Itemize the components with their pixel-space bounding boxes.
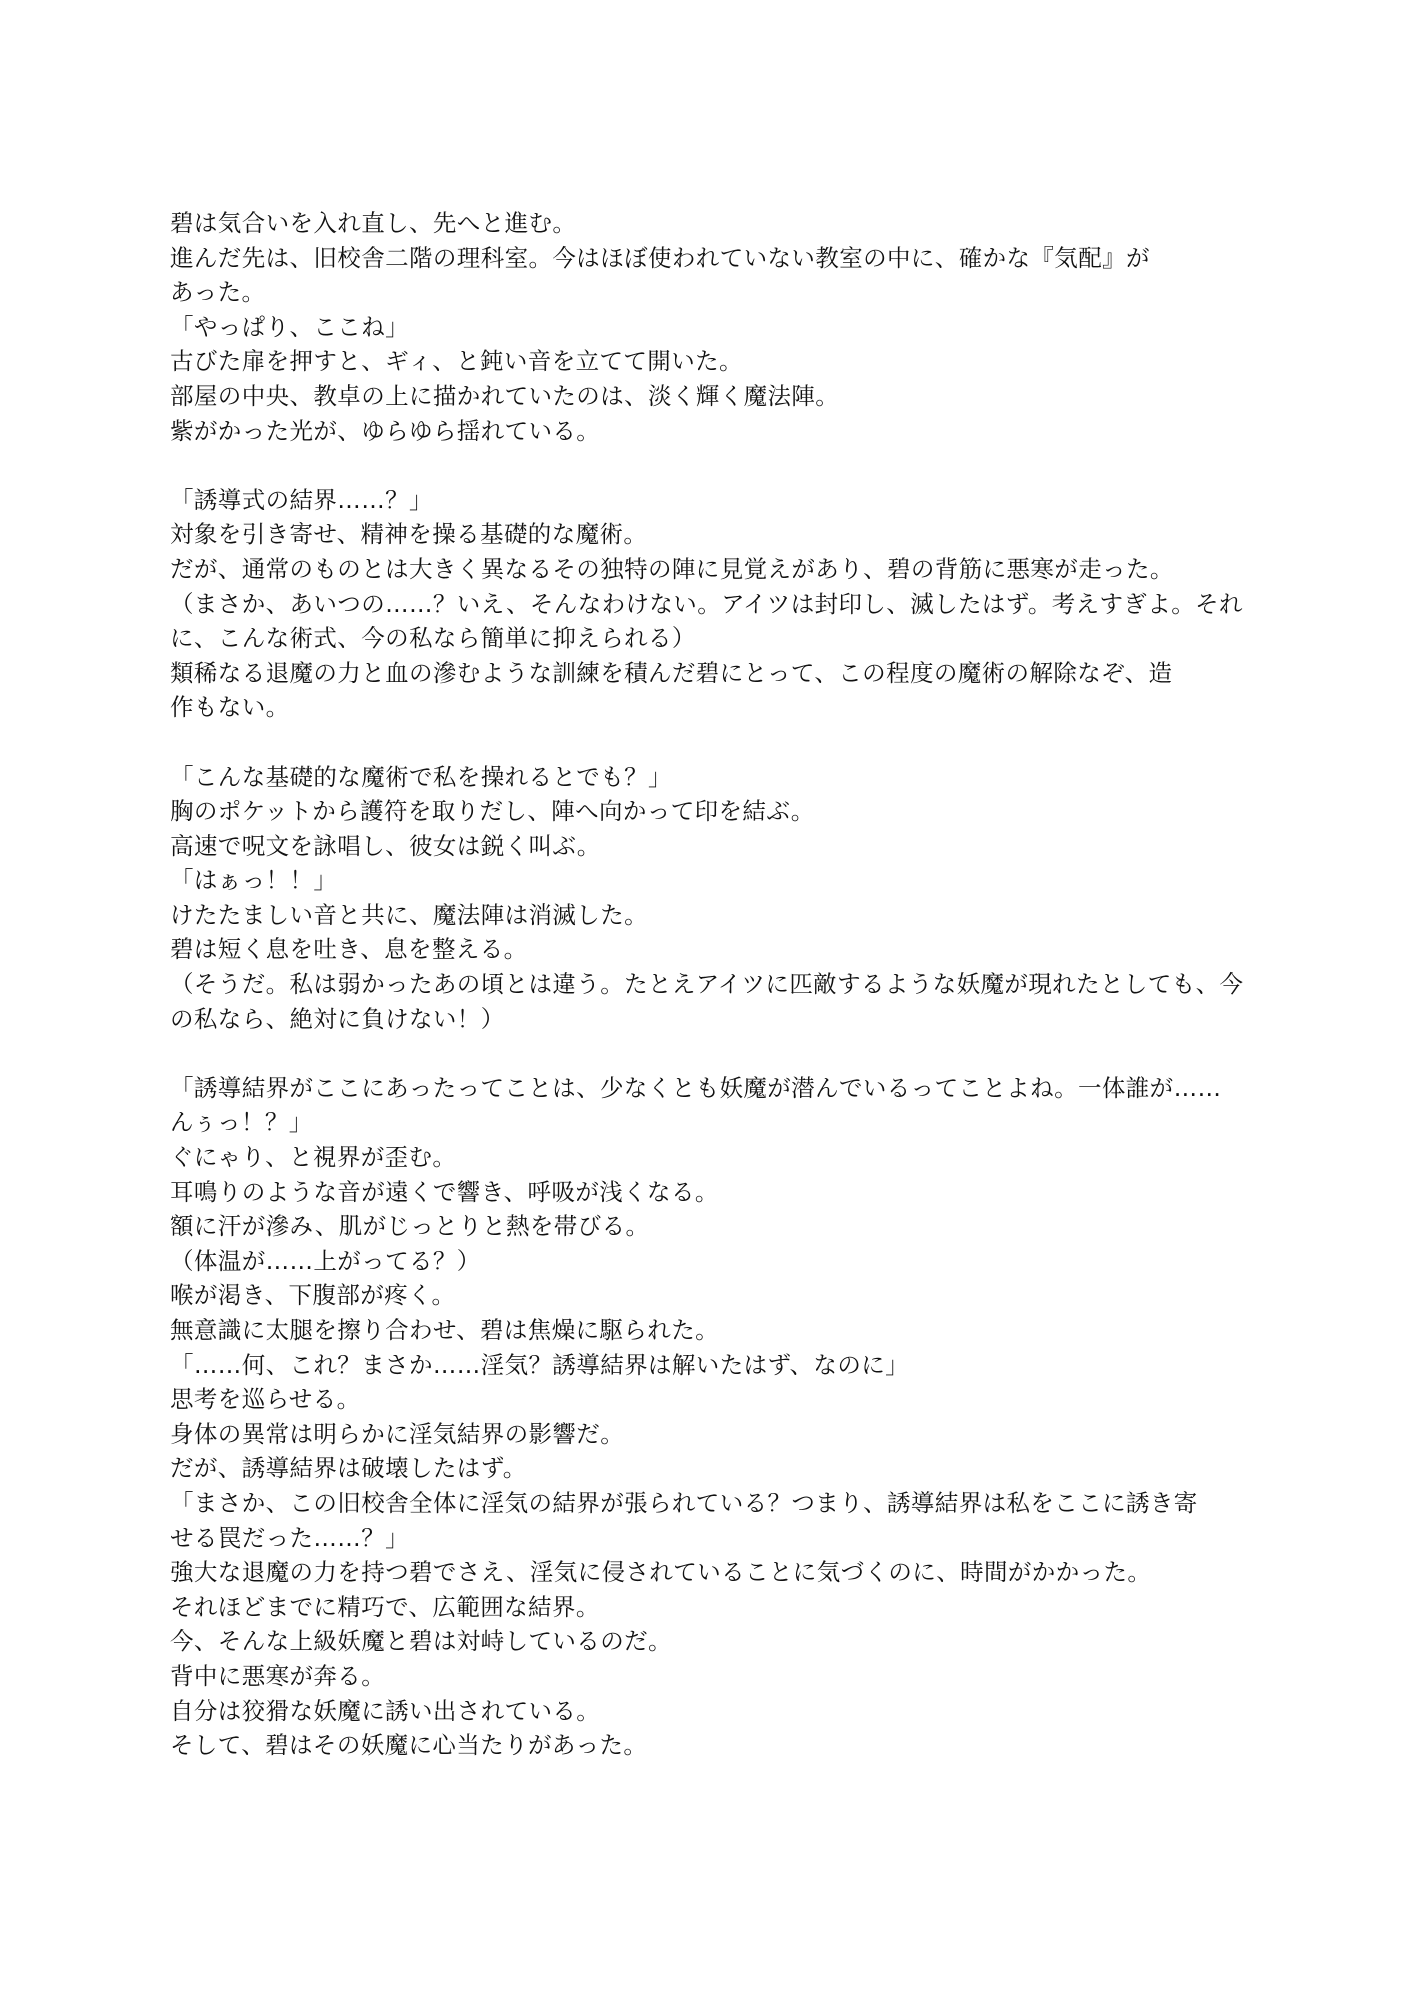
text-line: 「……何、これ？まさか……淫気？誘導結界は解いたはず、なのに」	[170, 1348, 1250, 1383]
text-line: 背中に悪寒が奔る。	[170, 1659, 1250, 1694]
text-line: だが、誘導結界は破壊したはず。	[170, 1451, 1250, 1486]
text-line: ぐにゃり、と視界が歪む。	[170, 1140, 1250, 1175]
text-line: それほどまでに精巧で、広範囲な結界。	[170, 1590, 1250, 1625]
text-line: （体温が……上がってる？）	[170, 1244, 1250, 1279]
text-line: 古びた扉を押すと、ギィ、と鈍い音を立てて開いた。	[170, 344, 1250, 379]
text-line: の私なら、絶対に負けない！）	[170, 1002, 1250, 1037]
text-line: 喉が渇き、下腹部が疼く。	[170, 1278, 1250, 1313]
paragraph-spacer	[170, 1036, 1250, 1071]
text-line: 「こんな基礎的な魔術で私を操れるとでも？」	[170, 760, 1250, 795]
text-line: 碧は気合いを入れ直し、先へと進む。	[170, 206, 1250, 241]
text-line: 額に汗が滲み、肌がじっとりと熱を帯びる。	[170, 1209, 1250, 1244]
paragraph-3: 「こんな基礎的な魔術で私を操れるとでも？」 胸のポケットから護符を取りだし、陣へ…	[170, 760, 1250, 1037]
text-line: そして、碧はその妖魔に心当たりがあった。	[170, 1728, 1250, 1763]
text-line: 「はぁっ！！」	[170, 863, 1250, 898]
paragraph-spacer	[170, 725, 1250, 760]
text-line: 自分は狡猾な妖魔に誘い出されている。	[170, 1694, 1250, 1729]
text-line: に、こんな術式、今の私なら簡単に抑えられる）	[170, 621, 1250, 656]
text-line: 身体の異常は明らかに淫気結界の影響だ。	[170, 1417, 1250, 1452]
text-line: せる罠だった……？」	[170, 1521, 1250, 1556]
paragraph-4: 「誘導結界がここにあったってことは、少なくとも妖魔が潜んでいるってことよね。一体…	[170, 1071, 1250, 1763]
text-line: 強大な退魔の力を持つ碧でさえ、淫気に侵されていることに気づくのに、時間がかかった…	[170, 1555, 1250, 1590]
text-line: 思考を巡らせる。	[170, 1382, 1250, 1417]
text-line: 胸のポケットから護符を取りだし、陣へ向かって印を結ぶ。	[170, 794, 1250, 829]
text-line: 紫がかった光が、ゆらゆら揺れている。	[170, 414, 1250, 449]
text-line: けたたましい音と共に、魔法陣は消滅した。	[170, 898, 1250, 933]
text-line: だが、通常のものとは大きく異なるその独特の陣に見覚えがあり、碧の背筋に悪寒が走っ…	[170, 552, 1250, 587]
document-body: 碧は気合いを入れ直し、先へと進む。 進んだ先は、旧校舎二階の理科室。今はほぼ使わ…	[170, 206, 1250, 1763]
text-line: 高速で呪文を詠唱し、彼女は鋭く叫ぶ。	[170, 829, 1250, 864]
text-line: 耳鳴りのような音が遠くで響き、呼吸が浅くなる。	[170, 1175, 1250, 1210]
text-line: （まさか、あいつの……？いえ、そんなわけない。アイツは封印し、滅したはず。考えす…	[170, 587, 1250, 622]
paragraph-1: 碧は気合いを入れ直し、先へと進む。 進んだ先は、旧校舎二階の理科室。今はほぼ使わ…	[170, 206, 1250, 448]
text-line: 無意識に太腿を擦り合わせ、碧は焦燥に駆られた。	[170, 1313, 1250, 1348]
text-line: 「やっぱり、ここね」	[170, 310, 1250, 345]
text-line: 類稀なる退魔の力と血の滲むような訓練を積んだ碧にとって、この程度の魔術の解除なぞ…	[170, 656, 1250, 691]
text-line: 「誘導結界がここにあったってことは、少なくとも妖魔が潜んでいるってことよね。一体…	[170, 1071, 1250, 1106]
paragraph-2: 「誘導式の結界……？」 対象を引き寄せ、精神を操る基礎的な魔術。 だが、通常のも…	[170, 483, 1250, 725]
text-line: 作もない。	[170, 690, 1250, 725]
text-line: （そうだ。私は弱かったあの頃とは違う。たとえアイツに匹敵するような妖魔が現れたと…	[170, 967, 1250, 1002]
text-line: 「誘導式の結界……？」	[170, 483, 1250, 518]
document-page: 碧は気合いを入れ直し、先へと進む。 進んだ先は、旧校舎二階の理科室。今はほぼ使わ…	[0, 0, 1414, 2000]
text-line: んぅっ！？」	[170, 1105, 1250, 1140]
text-line: あった。	[170, 275, 1250, 310]
text-line: 対象を引き寄せ、精神を操る基礎的な魔術。	[170, 517, 1250, 552]
text-line: 「まさか、この旧校舎全体に淫気の結界が張られている？つまり、誘導結界は私をここに…	[170, 1486, 1250, 1521]
paragraph-spacer	[170, 448, 1250, 483]
text-line: 進んだ先は、旧校舎二階の理科室。今はほぼ使われていない教室の中に、確かな『気配』…	[170, 241, 1250, 276]
text-line: 部屋の中央、教卓の上に描かれていたのは、淡く輝く魔法陣。	[170, 379, 1250, 414]
text-line: 今、そんな上級妖魔と碧は対峙しているのだ。	[170, 1624, 1250, 1659]
text-line: 碧は短く息を吐き、息を整える。	[170, 932, 1250, 967]
